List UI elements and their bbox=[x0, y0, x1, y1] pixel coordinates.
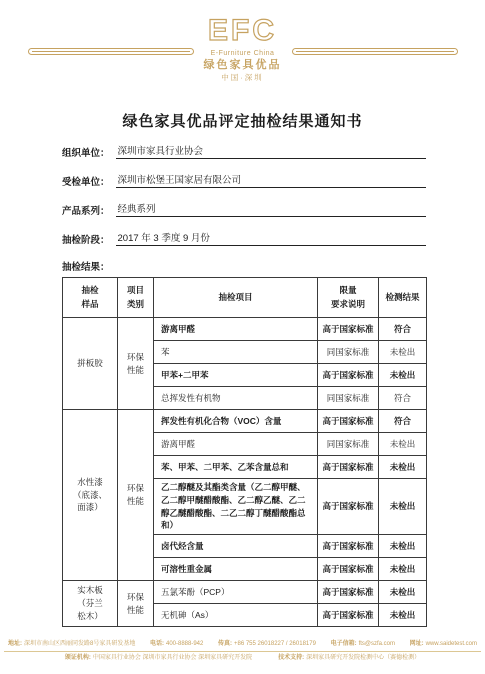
field-value: 2017 年 3 季度 9 月份 bbox=[116, 230, 426, 246]
result-cell: 符合 bbox=[379, 410, 427, 433]
limit-cell: 高于国家标准 bbox=[318, 318, 379, 341]
item-cell: 总挥发性有机物 bbox=[154, 387, 318, 410]
item-cell: 苯、甲苯、二甲苯、乙苯含量总和 bbox=[154, 456, 318, 479]
result-cell: 符合 bbox=[379, 318, 427, 341]
field-label: 受检单位： bbox=[62, 174, 110, 188]
limit-cell: 同国家标准 bbox=[318, 387, 379, 410]
results-table: 抽检 样品 项目 类别 抽检项目 限量 要求说明 检测结果 拼板胶 环保 性能 … bbox=[62, 277, 427, 627]
result-cell: 符合 bbox=[379, 387, 427, 410]
logo-cn-name: 绿色家具优品 bbox=[0, 60, 485, 71]
footer-email: 电子信箱:fts@szfa.com bbox=[331, 640, 395, 648]
footer-certifiers-value: 中国家具行业协会 深圳市家具行业协会 深圳家具研究开发院 bbox=[93, 655, 252, 661]
footer-fax-value: +86 755 26018227 / 26018179 bbox=[234, 641, 316, 647]
result-cell: 未检出 bbox=[379, 581, 427, 604]
item-cell: 挥发性有机化合物（VOC）含量 bbox=[154, 410, 318, 433]
result-cell: 未检出 bbox=[379, 456, 427, 479]
result-cell: 未检出 bbox=[379, 341, 427, 364]
footer-email-label: 电子信箱: bbox=[331, 641, 357, 647]
table-row: 水性漆 （底漆、 面漆） 环保 性能 挥发性有机化合物（VOC）含量 高于国家标… bbox=[63, 410, 427, 433]
footer-address-label: 地址: bbox=[8, 641, 22, 647]
efc-logo-text: EFC bbox=[0, 16, 485, 46]
result-cell: 未检出 bbox=[379, 433, 427, 456]
result-cell: 未检出 bbox=[379, 558, 427, 581]
header-item: 抽检项目 bbox=[154, 278, 318, 318]
limit-cell: 高于国家标准 bbox=[318, 558, 379, 581]
logo-location: 中国·深圳 bbox=[0, 74, 485, 82]
limit-cell: 同国家标准 bbox=[318, 433, 379, 456]
item-cell: 苯 bbox=[154, 341, 318, 364]
document-header: EFC E-Furniture China 绿色家具优品 中国·深圳 bbox=[0, 0, 485, 100]
field-label: 产品系列： bbox=[62, 203, 110, 217]
field-value: 深圳市家具行业协会 bbox=[116, 143, 426, 159]
sample-cell: 拼板胶 bbox=[63, 318, 118, 410]
item-cell: 卤代烃含量 bbox=[154, 535, 318, 558]
category-cell: 环保 性能 bbox=[118, 318, 154, 410]
item-cell: 乙二醇醚及其酯类含量（乙二醇甲醚、乙二醇甲醚醋酸酯、乙二醇乙醚、乙二醇乙醚醋酸酯… bbox=[154, 479, 318, 535]
item-cell: 游离甲醛 bbox=[154, 433, 318, 456]
item-cell: 游离甲醛 bbox=[154, 318, 318, 341]
footer-fax-label: 传真: bbox=[218, 641, 232, 647]
sample-cell: 实木板 （芬兰 松木） bbox=[63, 581, 118, 627]
item-cell: 可溶性重金属 bbox=[154, 558, 318, 581]
document-page: EFC E-Furniture China 绿色家具优品 中国·深圳 绿色家具优… bbox=[0, 0, 485, 674]
limit-cell: 高于国家标准 bbox=[318, 456, 379, 479]
table-row: 实木板 （芬兰 松木） 环保 性能 五氯苯酚（PCP） 高于国家标准 未检出 bbox=[63, 581, 427, 604]
fields-section: 组织单位： 深圳市家具行业协会 受检单位： 深圳市松堡王国家居有限公司 产品系列… bbox=[62, 143, 426, 273]
result-cell: 未检出 bbox=[379, 535, 427, 558]
limit-cell: 高于国家标准 bbox=[318, 581, 379, 604]
document-footer: 地址:深圳市南山区西丽同发路8号家具研发基地 电话:400-8888-942 传… bbox=[0, 640, 485, 662]
result-cell: 未检出 bbox=[379, 604, 427, 627]
result-cell: 未检出 bbox=[379, 479, 427, 535]
footer-contact-line: 地址:深圳市南山区西丽同发路8号家具研发基地 电话:400-8888-942 传… bbox=[0, 640, 485, 648]
footer-tech-support: 技术支持:深圳家具研究开发院检测中心（赛德检测） bbox=[278, 654, 420, 662]
category-cell: 环保 性能 bbox=[118, 410, 154, 581]
limit-cell: 高于国家标准 bbox=[318, 604, 379, 627]
footer-phone-label: 电话: bbox=[150, 641, 164, 647]
footer-tech-support-label: 技术支持: bbox=[278, 655, 304, 661]
header-category: 项目 类别 bbox=[118, 278, 154, 318]
footer-phone-value: 400-8888-942 bbox=[166, 641, 203, 647]
field-label: 组织单位： bbox=[62, 145, 110, 159]
item-cell: 五氯苯酚（PCP） bbox=[154, 581, 318, 604]
item-cell: 甲苯+二甲苯 bbox=[154, 364, 318, 387]
footer-fax: 传真:+86 755 26018227 / 26018179 bbox=[218, 640, 316, 648]
category-cell: 环保 性能 bbox=[118, 581, 154, 627]
field-organizer: 组织单位： 深圳市家具行业协会 bbox=[62, 143, 426, 159]
table-header-row: 抽检 样品 项目 类别 抽检项目 限量 要求说明 检测结果 bbox=[63, 278, 427, 318]
footer-email-value: fts@szfa.com bbox=[359, 641, 395, 647]
field-label: 抽检阶段： bbox=[62, 232, 110, 246]
logo-subtitle: E-Furniture China bbox=[0, 50, 485, 57]
limit-cell: 高于国家标准 bbox=[318, 364, 379, 387]
footer-address-value: 深圳市南山区西丽同发路8号家具研发基地 bbox=[24, 641, 135, 647]
result-cell: 未检出 bbox=[379, 364, 427, 387]
limit-cell: 高于国家标准 bbox=[318, 479, 379, 535]
footer-website: 网址:www.saidetest.com bbox=[410, 640, 477, 648]
field-product-series: 产品系列： 经典系列 bbox=[62, 201, 426, 217]
sample-cell: 水性漆 （底漆、 面漆） bbox=[63, 410, 118, 581]
limit-cell: 高于国家标准 bbox=[318, 535, 379, 558]
footer-certifiers: 颁证机构:中国家具行业协会 深圳市家具行业协会 深圳家具研究开发院 bbox=[65, 654, 252, 662]
header-result: 检测结果 bbox=[379, 278, 427, 318]
page-title: 绿色家具优品评定抽检结果通知书 bbox=[0, 110, 485, 131]
footer-certifiers-label: 颁证机构: bbox=[65, 655, 91, 661]
efc-logo: EFC E-Furniture China 绿色家具优品 中国·深圳 bbox=[0, 16, 485, 82]
item-cell: 无机砷（As） bbox=[154, 604, 318, 627]
footer-certification-line: 颁证机构:中国家具行业协会 深圳市家具行业协会 深圳家具研究开发院 技术支持:深… bbox=[0, 654, 485, 662]
header-sample: 抽检 样品 bbox=[63, 278, 118, 318]
field-value: 经典系列 bbox=[116, 201, 426, 217]
field-inspection-period: 抽检阶段： 2017 年 3 季度 9 月份 bbox=[62, 230, 426, 246]
field-value: 深圳市松堡王国家居有限公司 bbox=[116, 172, 426, 188]
limit-cell: 高于国家标准 bbox=[318, 410, 379, 433]
results-label: 抽检结果： bbox=[62, 259, 426, 273]
footer-phone: 电话:400-8888-942 bbox=[150, 640, 203, 648]
footer-website-value: www.saidetest.com bbox=[426, 641, 477, 647]
footer-address: 地址:深圳市南山区西丽同发路8号家具研发基地 bbox=[8, 640, 135, 648]
footer-website-label: 网址: bbox=[410, 641, 424, 647]
footer-tech-support-value: 深圳家具研究开发院检测中心（赛德检测） bbox=[306, 655, 420, 661]
table-row: 拼板胶 环保 性能 游离甲醛 高于国家标准 符合 bbox=[63, 318, 427, 341]
field-inspected-unit: 受检单位： 深圳市松堡王国家居有限公司 bbox=[62, 172, 426, 188]
footer-divider bbox=[4, 651, 481, 652]
header-limit: 限量 要求说明 bbox=[318, 278, 379, 318]
limit-cell: 同国家标准 bbox=[318, 341, 379, 364]
